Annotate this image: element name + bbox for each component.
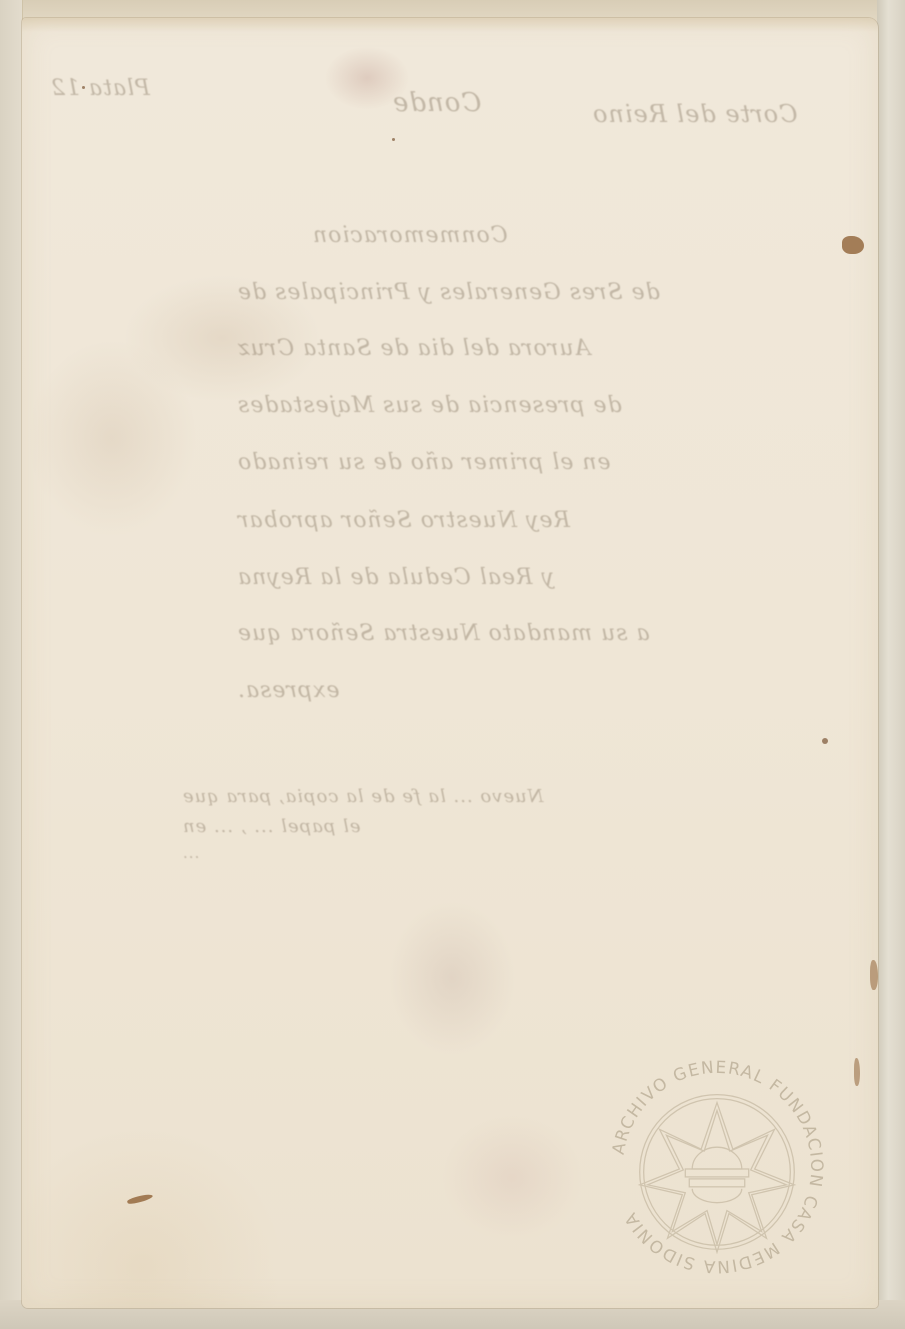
bleed-line-6: Rey Nuestro Señor aprobar bbox=[237, 508, 570, 533]
bleed-header-right: Corte del Reino bbox=[592, 100, 798, 128]
bleed-line-7: y Real Cedula de la Reyna bbox=[237, 565, 554, 590]
bleed-line-8: a su mandato Nuestra Señora que bbox=[237, 621, 650, 646]
backing-right-edge bbox=[877, 0, 905, 1329]
bleed-line-4: de presencia de sus Majestades bbox=[237, 393, 622, 418]
ink-speck bbox=[392, 138, 395, 141]
bleed-line-3: Aurora del dia de Santa Cruz bbox=[237, 336, 590, 361]
eight-pointed-star-seal-icon: ARCHIVO GENERAL FUNDACION CASA MEDINA SI… bbox=[608, 1058, 826, 1276]
paper-hole bbox=[842, 236, 864, 254]
ink-mark bbox=[127, 1193, 154, 1206]
bleed-header-left: Plata 12 bbox=[50, 76, 150, 101]
bleed-line-5: en el primer año de su reinado bbox=[237, 450, 611, 475]
bleed-note-3: ... bbox=[182, 844, 199, 862]
bleed-note-1: Nuevo ... la fe de la copia, para que bbox=[182, 786, 543, 807]
bleed-note-2: el papel ... , ... en bbox=[182, 816, 361, 837]
ink-speck bbox=[82, 86, 85, 89]
backing-left-edge bbox=[0, 0, 23, 1329]
bleed-line-9: expresa. bbox=[237, 678, 339, 703]
document-scan: Plata 12 Conde Corte del Reino Conmemora… bbox=[0, 0, 905, 1329]
edge-tear bbox=[854, 1058, 860, 1086]
archive-watermark-stamp: ARCHIVO GENERAL FUNDACION CASA MEDINA SI… bbox=[608, 1058, 826, 1276]
bleed-line-1: Conmemoracion bbox=[312, 223, 508, 248]
edge-tear bbox=[870, 960, 878, 990]
bleed-header-center: Conde bbox=[392, 88, 481, 118]
bleed-line-2: de Sres Generales y Principales de bbox=[237, 280, 660, 305]
ink-speck bbox=[822, 738, 828, 744]
